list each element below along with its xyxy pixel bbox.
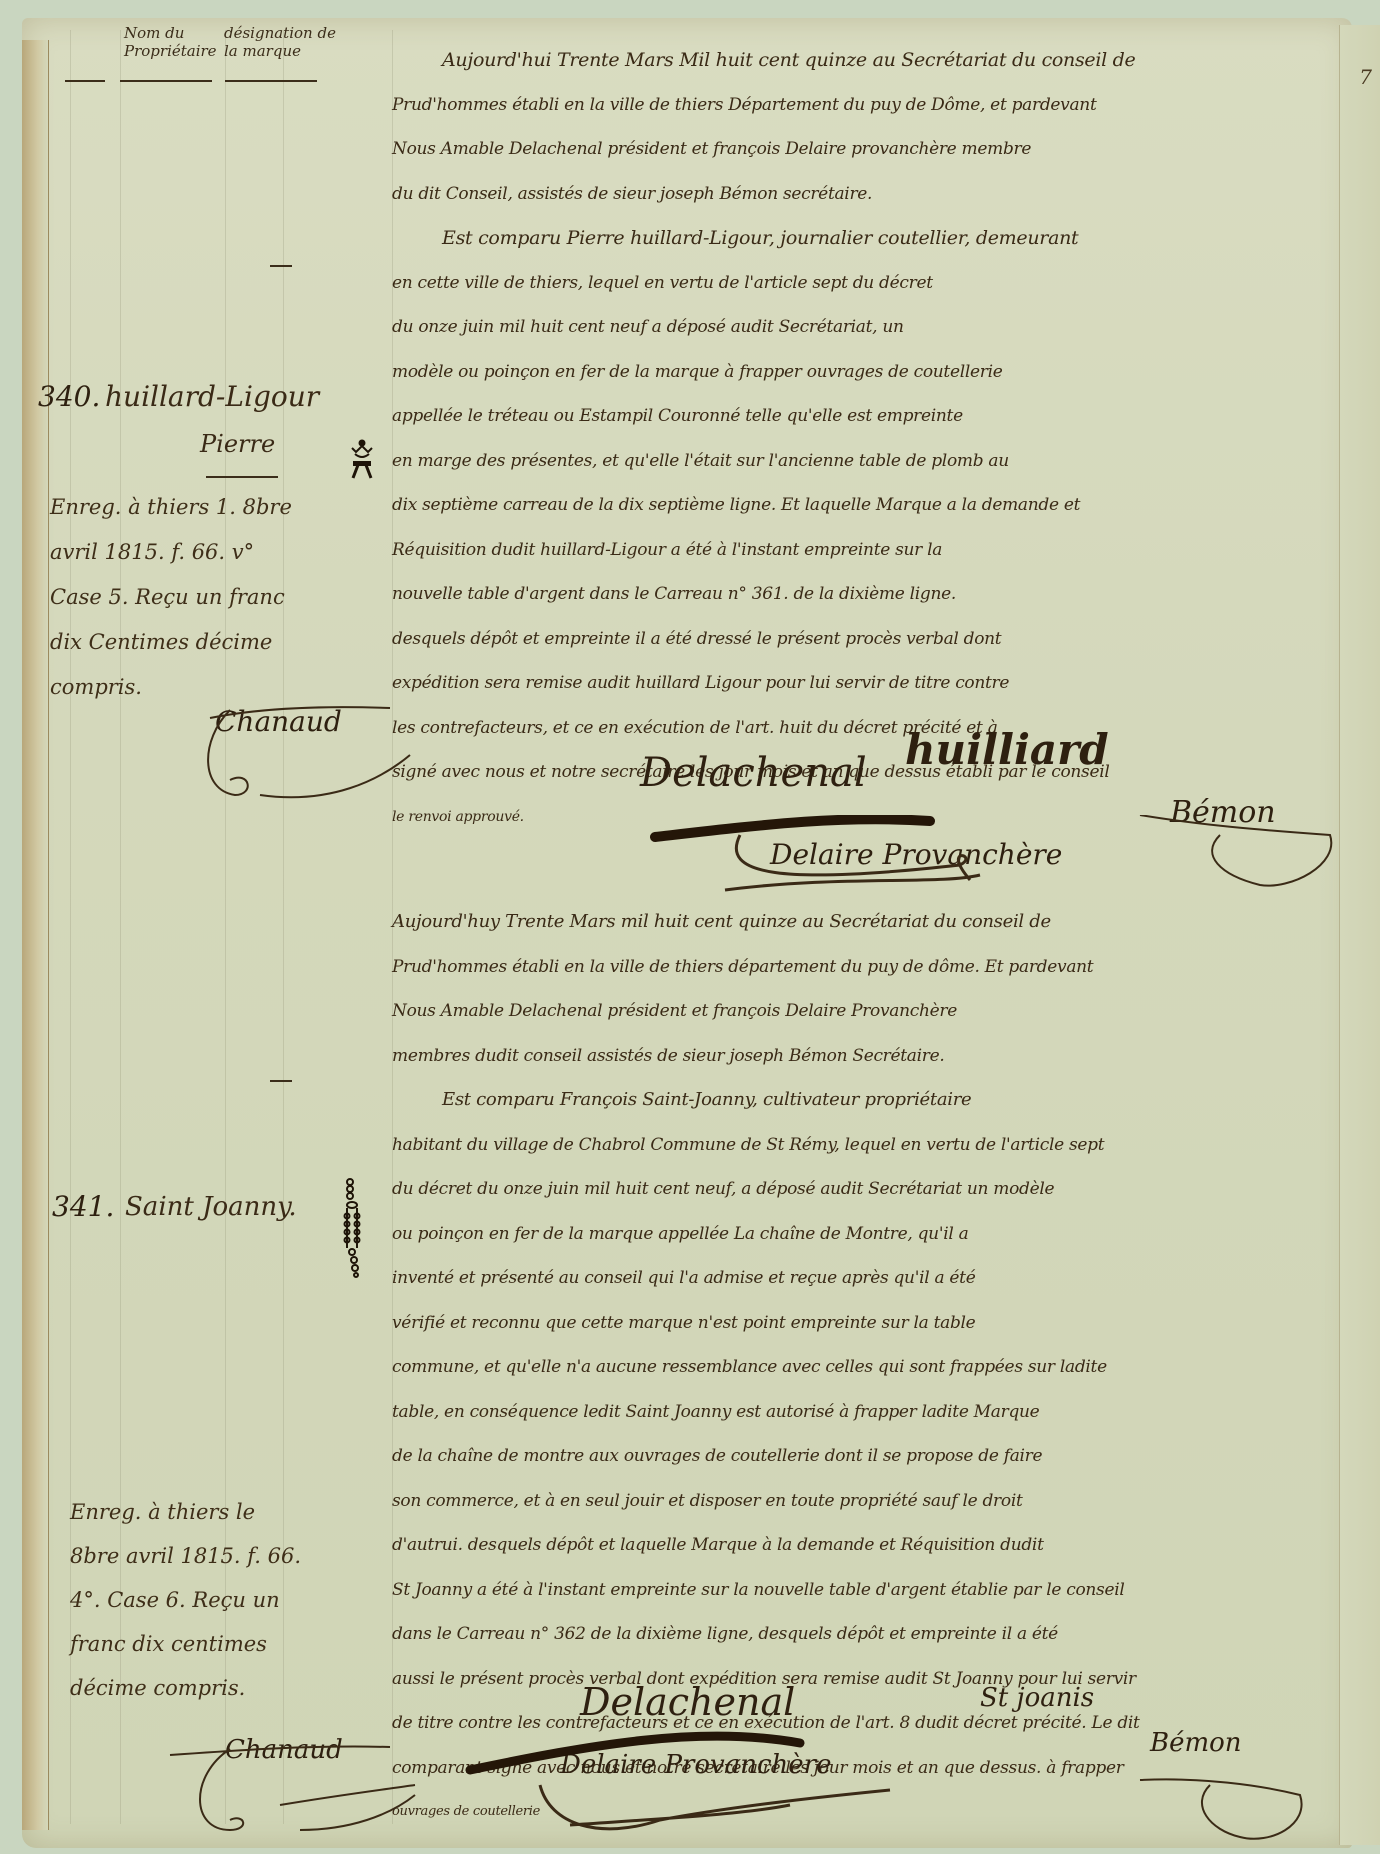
body-line: de la chaîne de montre aux ouvrages de c…	[392, 1434, 1322, 1479]
treteau-crown-mark-icon	[348, 438, 376, 480]
next-page-edge: 7	[1339, 25, 1380, 1845]
note-line: décime compris.	[70, 1666, 301, 1710]
header-underline	[120, 80, 212, 82]
body-line: son commerce, et à en seul jouir et disp…	[392, 1479, 1322, 1524]
body-line: nouvelle table d'argent dans le Carreau …	[392, 572, 1322, 617]
signature-delachenal: Delachenal	[640, 750, 867, 796]
body-line: Est comparu Pierre huillard-Ligour, jour…	[392, 216, 1322, 261]
body-line: Aujourd'hui Trente Mars Mil huit cent qu…	[392, 38, 1322, 83]
body-line: desquels dépôt et empreinte il a été dre…	[392, 617, 1322, 662]
separator-dash	[270, 1080, 292, 1082]
page-binding-edge	[22, 40, 49, 1830]
entry-number: 341.	[52, 1190, 114, 1223]
note-line: franc dix centimes	[70, 1622, 301, 1666]
note-line: Enreg. à thiers le	[70, 1490, 301, 1534]
body-line: habitant du village de Chabrol Commune d…	[392, 1123, 1322, 1168]
body-line: expédition sera remise audit huillard Li…	[392, 661, 1322, 706]
owner-first-name: Pierre	[200, 430, 275, 458]
entry-340-body: Aujourd'hui Trente Mars Mil huit cent qu…	[392, 38, 1322, 839]
header-underline	[65, 80, 105, 82]
note-line: dix Centimes décime	[50, 620, 292, 665]
body-line: membres dudit conseil assistés de sieur …	[392, 1034, 1322, 1079]
page-number: 7	[1359, 65, 1372, 89]
body-line: modèle ou poinçon en fer de la marque à …	[392, 350, 1322, 395]
separator-dash	[270, 265, 292, 267]
signature-flourish-icon	[190, 700, 420, 810]
body-line: du décret du onze juin mil huit cent neu…	[392, 1167, 1322, 1212]
note-line: avril 1815. f. 66. v°	[50, 530, 292, 575]
body-line: table, en conséquence ledit Saint Joanny…	[392, 1390, 1322, 1435]
signature-delachenal: Delachenal	[580, 1680, 795, 1724]
owner-name: Saint Joanny.	[125, 1192, 297, 1222]
body-line: appellée le tréteau ou Estampil Couronné…	[392, 394, 1322, 439]
body-line: du onze juin mil huit cent neuf a déposé…	[392, 305, 1322, 350]
body-line: Prud'hommes établi en la ville de thiers…	[392, 945, 1322, 990]
note-line: 4°. Case 6. Reçu un	[70, 1578, 301, 1622]
signature-flourish-icon	[640, 815, 1340, 895]
body-line: vérifié et reconnu que cette marque n'es…	[392, 1301, 1322, 1346]
body-line: Nous Amable Delachenal président et fran…	[392, 127, 1322, 172]
body-line: dix septième carreau de la dix septième …	[392, 483, 1322, 528]
header-underline	[225, 80, 317, 82]
owner-name: huillard-Ligour	[105, 380, 319, 413]
owner-name-column-header: Nom du Propriétaire	[124, 24, 224, 60]
registration-note: Enreg. à thiers le 8bre avril 1815. f. 6…	[70, 1490, 301, 1710]
body-line: Est comparu François Saint-Joanny, culti…	[392, 1078, 1322, 1123]
note-line: Enreg. à thiers 1. 8bre	[50, 485, 292, 530]
body-line: inventé et présenté au conseil qui l'a a…	[392, 1256, 1322, 1301]
signature-st-joanis: St joanis	[980, 1683, 1094, 1713]
signature-flourish-icon	[440, 1725, 1340, 1845]
body-line: St Joanny a été à l'instant empreinte su…	[392, 1568, 1322, 1613]
body-line: Nous Amable Delachenal président et fran…	[392, 989, 1322, 1034]
body-line: Réquisition dudit huillard-Ligour a été …	[392, 528, 1322, 573]
body-line: en cette ville de thiers, lequel en vert…	[392, 261, 1322, 306]
signature-flourish-icon	[160, 1735, 420, 1845]
note-line: 8bre avril 1815. f. 66.	[70, 1534, 301, 1578]
body-line: en marge des présentes, et qu'elle l'éta…	[392, 439, 1322, 484]
name-underline	[206, 476, 278, 478]
body-line: commune, et qu'elle n'a aucune ressembla…	[392, 1345, 1322, 1390]
entry-341-body: Aujourd'huy Trente Mars mil huit cent qu…	[392, 900, 1322, 1835]
mark-designation-column-header: désignation de la marque	[224, 24, 344, 60]
note-line: Case 5. Reçu un franc	[50, 575, 292, 620]
body-line: les contrefacteurs, et ce en exécution d…	[392, 706, 1322, 751]
watch-chain-mark-icon	[343, 1178, 361, 1278]
body-line: du dit Conseil, assistés de sieur joseph…	[392, 172, 1322, 217]
registration-note: Enreg. à thiers 1. 8bre avril 1815. f. 6…	[50, 485, 292, 710]
body-line: d'autrui. desquels dépôt et laquelle Mar…	[392, 1523, 1322, 1568]
signature-huilliard: huilliard	[905, 725, 1109, 774]
body-line: ou poinçon en fer de la marque appellée …	[392, 1212, 1322, 1257]
body-line: dans le Carreau n° 362 de la dixième lig…	[392, 1612, 1322, 1657]
body-line: aussi le présent procès verbal dont expé…	[392, 1657, 1322, 1702]
entry-number: 340.	[38, 380, 100, 413]
body-line: Prud'hommes établi en la ville de thiers…	[392, 83, 1322, 128]
body-line: Aujourd'huy Trente Mars mil huit cent qu…	[392, 900, 1322, 945]
